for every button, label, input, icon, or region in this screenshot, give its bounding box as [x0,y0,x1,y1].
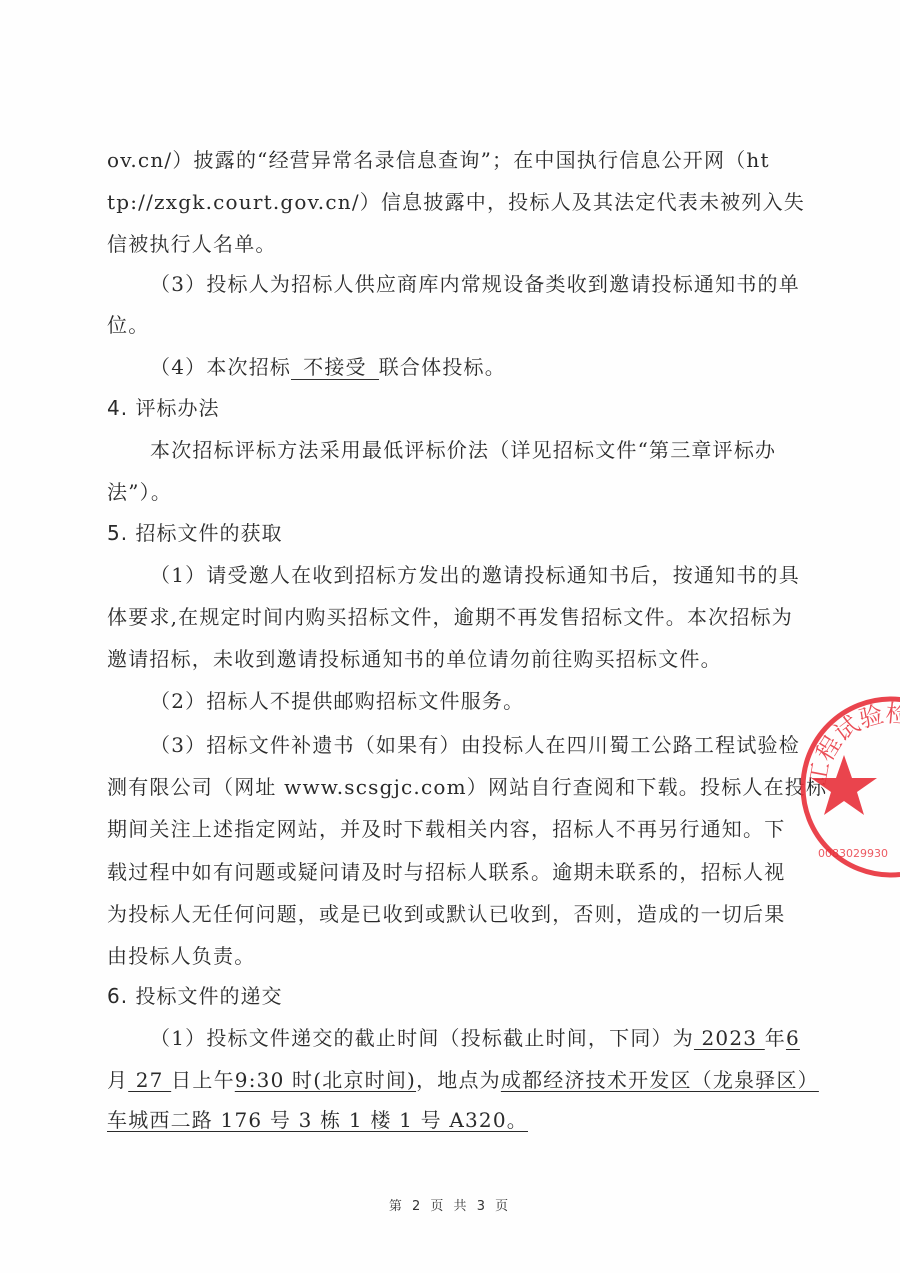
text: （1）投标文件递交的截止时间（投标截止时间，下同）为 [150,1026,694,1050]
seal-number: 0083029930 [818,847,888,860]
text: ，地点为 [416,1068,501,1092]
text-line: （3）投标人为招标人供应商库内常规设备类收到邀请投标通知书的单 [150,270,850,298]
text: 日上午 [171,1068,235,1092]
year-value: 2023 [694,1026,765,1050]
text-line: 为投标人无任何问题，或是已收到或默认已收到，否则，造成的一切后果 [107,900,807,928]
text: 月 [107,1068,128,1092]
text-line: tp://zxgk.court.gov.cn/）信息披露中，投标人及其法定代表未… [107,188,807,216]
text-line: （1）投标文件递交的截止时间（投标截止时间，下同）为 2023 年6 [150,1024,850,1052]
section-4-heading: 4. 评标办法 [107,394,807,422]
filled-blank: 不接受 [291,355,379,380]
text-line: 由投标人负责。 [107,942,807,970]
text-line: 期间关注上述指定网站，并及时下载相关内容，招标人不再另行通知。下 [107,815,807,843]
location-value: 车城西二路 176 号 3 栋 1 楼 1 号 A320。 [107,1108,528,1132]
document-page: ov.cn/）披露的“经营异常名录信息查询”；在中国执行信息公开网（ht tp:… [0,0,900,1273]
text-line: （1）请受邀人在收到招标方发出的邀请投标通知书后，按通知书的具 [150,561,850,589]
location-value: 成都经济技术开发区（龙泉驿区） [501,1068,819,1092]
item-4-prefix: （4）本次招标 [150,355,291,379]
text-line: （3）招标文件补遗书（如果有）由投标人在四川蜀工公路工程试验检 [150,731,850,759]
text-line: 测有限公司（网址 www.scsgjc.com）网站自行查阅和下载。投标人在投标 [107,773,807,801]
text-line: 载过程中如有问题或疑问请及时与招标人联系。逾期未联系的，招标人视 [107,858,807,886]
item-4-suffix: 联合体投标。 [379,355,506,379]
month-value: 6 [786,1026,800,1050]
text-line: 本次招标评标方法采用最低评标价法（详见招标文件“第三章评标办 [150,436,850,464]
text-line: 月 27 日上午9:30 时(北京时间)，地点为成都经济技术开发区（龙泉驿区） [107,1066,807,1094]
section-6-heading: 6. 投标文件的递交 [107,982,807,1010]
text-line: 体要求,在规定时间内购买招标文件，逾期不再发售招标文件。本次招标为 [107,603,807,631]
text-line: 信被执行人名单。 [107,230,807,258]
item-4: （4）本次招标不接受联合体投标。 [150,353,850,381]
text-line: 位。 [107,311,807,339]
text-line: 法”）。 [107,478,807,506]
text-line: 车城西二路 176 号 3 栋 1 楼 1 号 A320。 [107,1106,807,1134]
section-5-heading: 5. 招标文件的获取 [107,519,807,547]
text-line: （2）招标人不提供邮购招标文件服务。 [150,687,850,715]
text-line: 邀请招标，未收到邀请投标通知书的单位请勿前往购买招标文件。 [107,645,807,673]
company-seal-icon: 工程试验检测有限公司 0083029930 [796,692,900,882]
page-footer: 第 2 页 共 3 页 [0,1195,900,1214]
text: 年 [765,1026,786,1050]
time-value: 9:30 时(北京时间) [235,1068,416,1092]
text-line: ov.cn/）披露的“经营异常名录信息查询”；在中国执行信息公开网（ht [107,146,807,174]
day-value: 27 [128,1068,171,1092]
